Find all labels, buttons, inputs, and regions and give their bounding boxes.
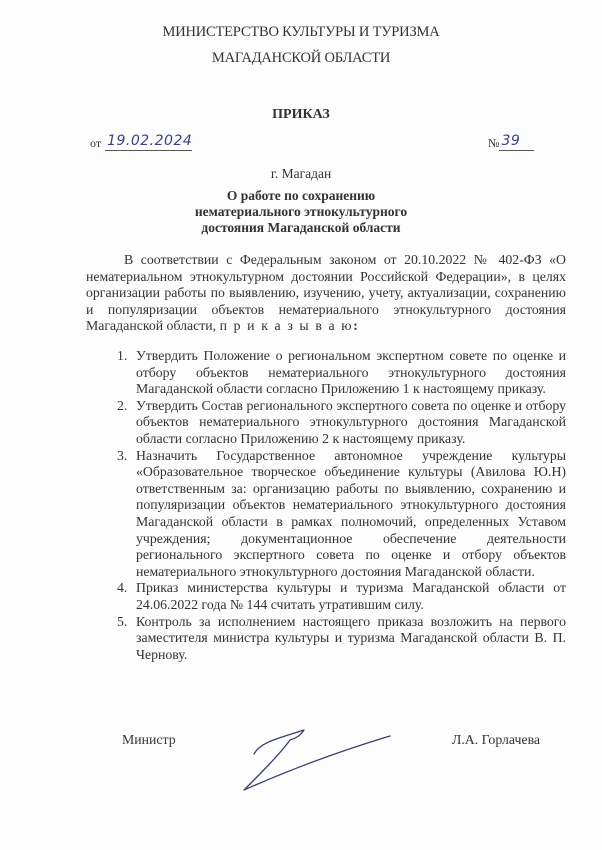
order-subject: О работе по сохранению нематериального э…	[0, 188, 602, 236]
ministry-name-line2: МАГАДАНСКОЙ ОБЛАСТИ	[0, 50, 602, 67]
subject-line3: достояния Магаданской области	[0, 220, 602, 236]
signature-block: Министр Л.А. Горлачева	[0, 732, 602, 802]
item-number: 1.	[117, 348, 127, 365]
list-item: 5. Контроль за исполнением настоящего пр…	[117, 614, 566, 664]
number-label: №	[488, 136, 499, 151]
item-text: Утвердить Состав регионального экспертно…	[136, 398, 566, 446]
handwritten-signature-icon	[240, 724, 400, 794]
command-word: п р и к а з ы в а ю	[220, 318, 354, 333]
list-item: 4. Приказ министерства культуры и туризм…	[117, 580, 566, 613]
item-number: 4.	[117, 580, 127, 597]
item-number: 5.	[117, 614, 127, 631]
date-label: от	[90, 136, 101, 151]
item-text: Контроль за исполнением настоящего прика…	[136, 614, 566, 662]
order-items-list: 1. Утвердить Положение о региональном эк…	[117, 348, 566, 663]
item-text: Приказ министерства культуры и туризма М…	[136, 580, 566, 612]
ministry-name-line1: МИНИСТЕРСТВО КУЛЬТУРЫ И ТУРИЗМА	[0, 24, 602, 41]
item-text: Утвердить Положение о региональном экспе…	[136, 348, 566, 396]
item-number: 3.	[117, 448, 127, 465]
list-item: 3. Назначить Государственное автономное …	[117, 448, 566, 581]
item-number: 2.	[117, 398, 127, 415]
signer-name: Л.А. Горлачева	[452, 732, 540, 748]
document-type-title: ПРИКАЗ	[0, 107, 602, 123]
item-text: Назначить Государственное автономное учр…	[136, 448, 566, 579]
handwritten-number: 39	[499, 133, 534, 151]
list-item: 2. Утвердить Состав регионального экспер…	[117, 398, 566, 448]
subject-line1: О работе по сохранению	[0, 188, 602, 204]
order-date: от 19.02.2024	[90, 133, 192, 151]
subject-line2: нематериального этнокультурного	[0, 204, 602, 220]
city: г. Магадан	[0, 166, 602, 182]
command-suffix: :	[353, 318, 358, 333]
handwritten-date: 19.02.2024	[105, 133, 192, 151]
order-number: № 39	[488, 133, 534, 151]
signer-title: Министр	[122, 732, 176, 748]
preamble-paragraph: В соответствии с Федеральным законом от …	[86, 252, 566, 335]
list-item: 1. Утвердить Положение о региональном эк…	[117, 348, 566, 398]
document-page: МИНИСТЕРСТВО КУЛЬТУРЫ И ТУРИЗМА МАГАДАНС…	[0, 0, 602, 850]
